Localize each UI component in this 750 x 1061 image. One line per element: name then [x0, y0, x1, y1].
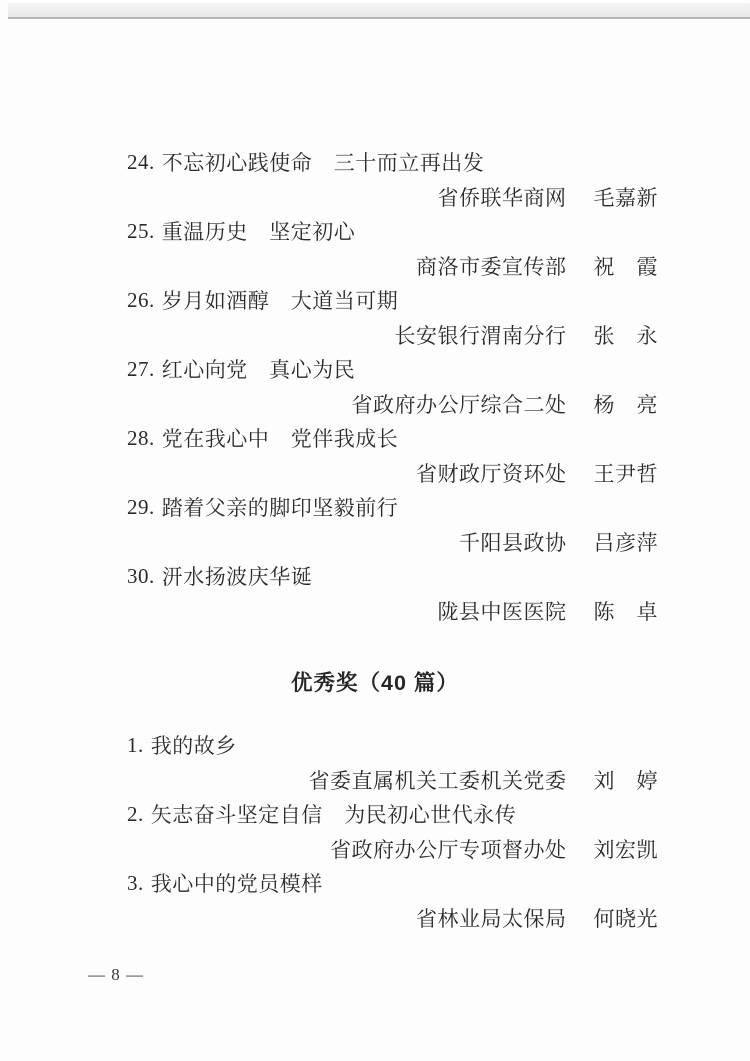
entry-organization: 省政府办公厅综合二处: [352, 389, 567, 419]
entry-number: 24.: [127, 150, 155, 175]
entry-organization: 商洛市委宣传部: [416, 251, 567, 281]
entry-organization: 长安银行渭南分行: [395, 320, 567, 350]
entry-title-text: 重温历史 坚定初心: [162, 216, 356, 246]
award-list: 24. 不忘初心践使命 三十而立再出发 省侨联华商网 毛嘉新 25. 重温历史 …: [0, 145, 750, 985]
entry-title-text: 我心中的党员模样: [151, 868, 323, 898]
award-entry-title: 28. 党在我心中 党伴我成长: [0, 421, 750, 456]
entry-organization: 省政府办公厅专项督办处: [330, 834, 567, 864]
award-entry-attribution: 商洛市委宣传部 祝 霞: [0, 249, 750, 284]
award-entry-attribution: 省林业局太保局 何晓光: [0, 901, 750, 936]
entry-number: 30.: [127, 564, 155, 589]
entry-title-text: 汧水扬波庆华诞: [162, 561, 313, 591]
award-entry-attribution: 省政府办公厅专项督办处 刘宏凯: [0, 832, 750, 867]
entry-organization: 千阳县政协: [459, 527, 567, 557]
entry-organization: 省侨联华商网: [438, 182, 567, 212]
award-entry-title: 29. 踏着父亲的脚印坚毅前行: [0, 490, 750, 525]
entry-author: 刘宏凯: [594, 834, 659, 864]
entry-number: 26.: [127, 288, 155, 313]
entry-title-text: 红心向党 真心为民: [162, 354, 356, 384]
entry-number: 29.: [127, 495, 155, 520]
section-heading: 优秀奖（40 篇）: [291, 666, 459, 697]
award-entry-title: 3. 我心中的党员模样: [0, 866, 750, 901]
entry-organization: 省委直属机关工委机关党委: [309, 765, 567, 795]
award-entry-title: 30. 汧水扬波庆华诞: [0, 559, 750, 594]
section-heading-row: 优秀奖（40 篇）: [0, 664, 750, 698]
entry-number: 28.: [127, 426, 155, 451]
entry-title-text: 党在我心中 党伴我成长: [162, 423, 399, 453]
entry-number: 1.: [127, 733, 144, 758]
award-entry-title: 24. 不忘初心践使命 三十而立再出发: [0, 145, 750, 180]
award-entry-title: 26. 岁月如酒醇 大道当可期: [0, 283, 750, 318]
entry-organization: 省财政厅资环处: [416, 458, 567, 488]
award-entry-attribution: 省侨联华商网 毛嘉新: [0, 180, 750, 215]
entry-author: 何晓光: [594, 903, 659, 933]
entry-title-text: 岁月如酒醇 大道当可期: [162, 285, 399, 315]
entry-number: 27.: [127, 357, 155, 382]
entry-author: 张 永: [594, 320, 659, 350]
award-entry-attribution: 千阳县政协 吕彦萍: [0, 525, 750, 560]
entry-organization: 省林业局太保局: [416, 903, 567, 933]
award-entry-title: 1. 我的故乡: [0, 728, 750, 763]
entry-author: 王尹哲: [594, 458, 659, 488]
award-entry-attribution: 省委直属机关工委机关党委 刘 婷: [0, 763, 750, 798]
award-entry-attribution: 省财政厅资环处 王尹哲: [0, 456, 750, 491]
entry-number: 3.: [127, 871, 144, 896]
page-number: — 8 —: [88, 965, 144, 984]
entry-title-text: 踏着父亲的脚印坚毅前行: [162, 492, 399, 522]
page-footer: — 8 —: [0, 965, 750, 985]
entry-number: 2.: [127, 802, 144, 827]
award-entry-title: 2. 矢志奋斗坚定自信 为民初心世代永传: [0, 797, 750, 832]
award-entry-attribution: 长安银行渭南分行 张 永: [0, 318, 750, 353]
entry-author: 陈 卓: [594, 596, 659, 626]
entry-author: 刘 婷: [594, 765, 659, 795]
entry-author: 毛嘉新: [594, 182, 659, 212]
entry-author: 杨 亮: [594, 389, 659, 419]
entry-title-text: 不忘初心践使命 三十而立再出发: [162, 147, 485, 177]
award-entry-title: 27. 红心向党 真心为民: [0, 352, 750, 387]
entry-author: 祝 霞: [594, 251, 659, 281]
entry-author: 吕彦萍: [594, 527, 659, 557]
award-entry-attribution: 陇县中医医院 陈 卓: [0, 594, 750, 629]
scan-edge-artifact: [8, 3, 750, 19]
entry-number: 25.: [127, 219, 155, 244]
award-entry-attribution: 省政府办公厅综合二处 杨 亮: [0, 387, 750, 422]
entry-organization: 陇县中医医院: [438, 596, 567, 626]
scanned-document-page: { "colors": { "paper": "#fdfdfd", "text"…: [0, 0, 750, 1061]
award-entry-title: 25. 重温历史 坚定初心: [0, 214, 750, 249]
entry-title-text: 矢志奋斗坚定自信 为民初心世代永传: [151, 799, 517, 829]
entry-title-text: 我的故乡: [151, 730, 237, 760]
